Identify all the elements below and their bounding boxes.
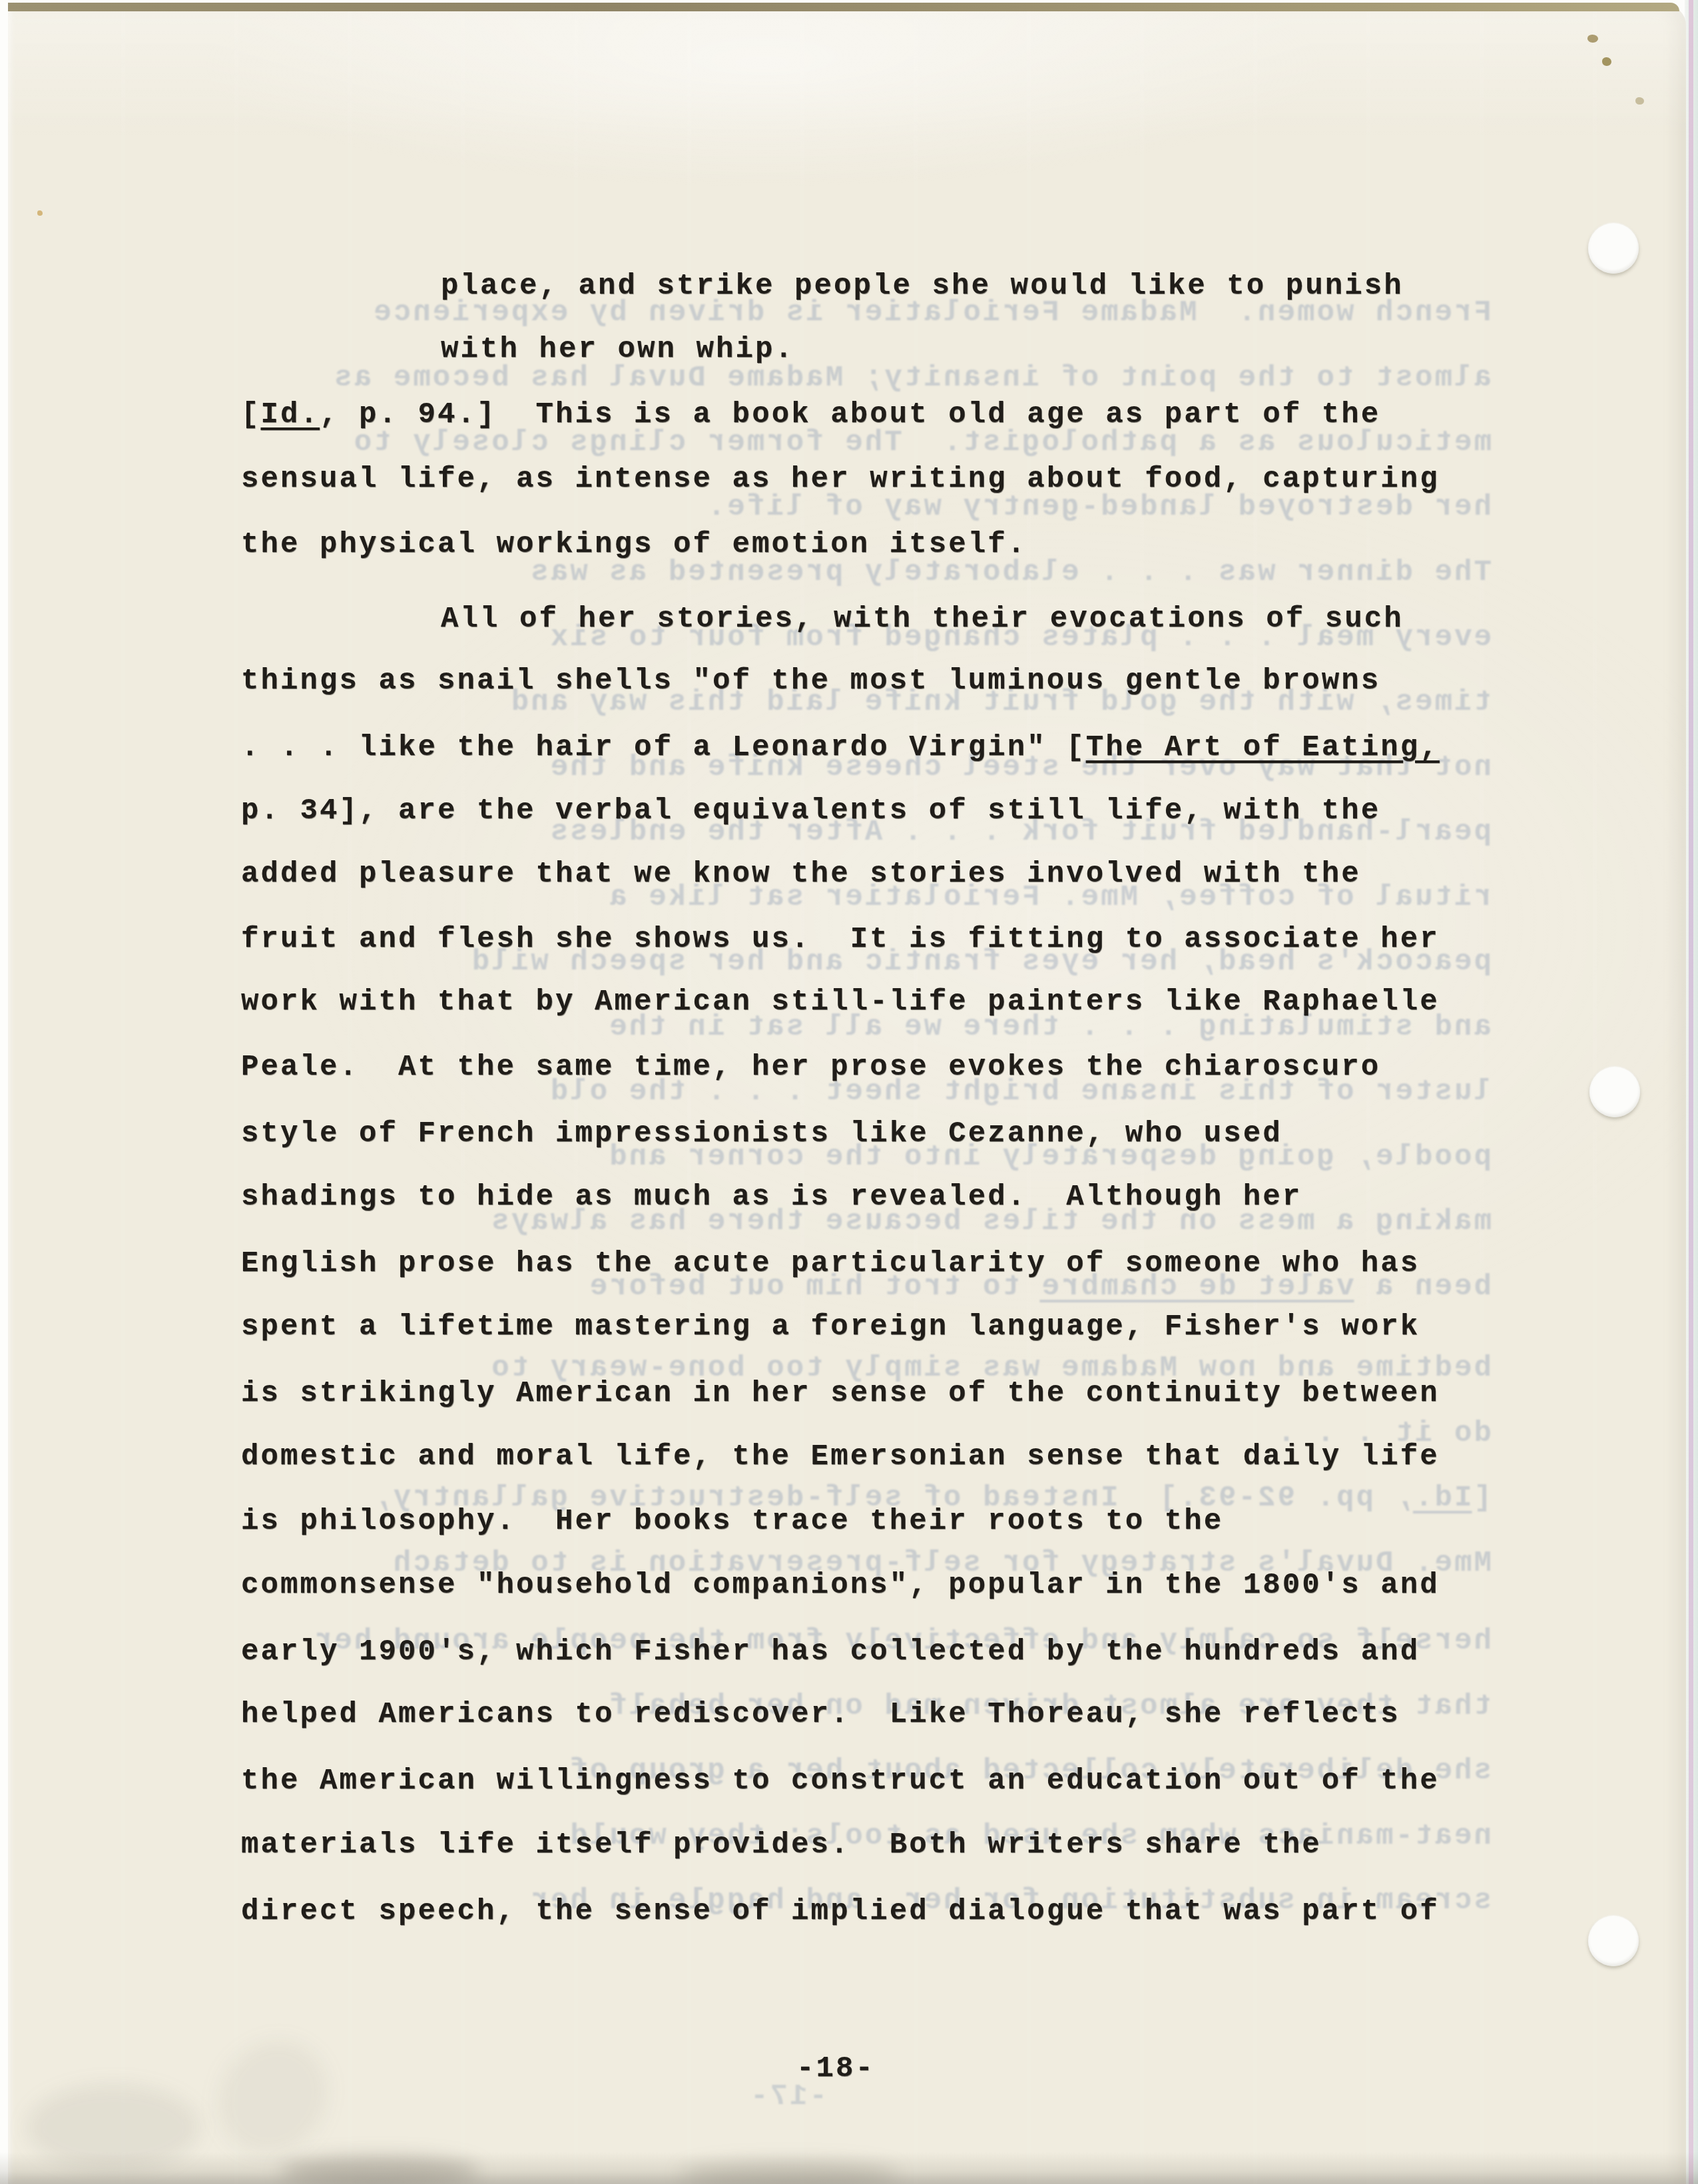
typed-text: spent a lifetime mastering a foreign lan… [241,1310,1420,1344]
typed-text: . . . like the hair of a Leonardo Virgin… [241,731,1086,764]
typed-line: p. 34], are the verbal equivalents of st… [241,794,1466,829]
typed-text: , p. 94.] This is a book about old age a… [320,398,1380,431]
typed-line: Peale. At the same time, her prose evoke… [241,1051,1466,1085]
typed-line: fruit and flesh she shows us. It is fitt… [241,923,1466,957]
typed-text: the American willingness to construct an… [241,1765,1440,1798]
typed-line: All of her stories, with their evocation… [241,603,1666,637]
typed-text: work with that by American still-life pa… [241,985,1440,1019]
typed-line: things as snail shells "of the most lumi… [241,665,1466,699]
typed-line: commonsense "household companions", popu… [241,1569,1466,1603]
typed-text: shadings to hide as much as is revealed.… [241,1181,1302,1214]
typed-text: place, and strike people she would like … [441,270,1404,303]
staple-mark-speck [1587,35,1598,43]
staple-mark-speck [1635,97,1644,105]
typed-text: sensual life, as intense as her writing … [241,463,1440,496]
typed-text: fruit and flesh she shows us. It is fitt… [241,923,1440,956]
typed-text: is strikingly American in her sense of t… [241,1377,1440,1410]
typed-text: All of her stories, with their evocation… [441,603,1404,636]
typed-text: commonsense "household companions", popu… [241,1569,1440,1602]
ink-speck [37,210,43,216]
typed-line: direct speech, the sense of implied dial… [241,1895,1466,1930]
typed-line: helped Americans to rediscover. Like Tho… [241,1698,1466,1733]
typed-line: early 1900's, which Fisher has collected… [241,1635,1466,1670]
typed-text: p. 34], are the verbal equivalents of st… [241,794,1380,828]
typed-text: English prose has the acute particularit… [241,1247,1420,1280]
typed-line: place, and strike people she would like … [241,270,1666,304]
typed-line: work with that by American still-life pa… [241,985,1466,1020]
typed-line: is philosophy. Her books trace their roo… [241,1505,1466,1539]
typed-text: added pleasure that we know the stories … [241,858,1361,891]
typed-text: [ [241,398,261,431]
typed-text: things as snail shells "of the most lumi… [241,665,1380,698]
staple-mark-speck [1602,57,1611,66]
page-number: -18- [796,2052,875,2085]
typed-line: sensual life, as intense as her writing … [241,463,1466,497]
typed-text: early 1900's, which Fisher has collected… [241,1635,1420,1669]
underlined-text: The Art of Eating, [1086,731,1440,764]
typed-text: helped Americans to rediscover. Like Tho… [241,1698,1400,1731]
punch-hole [1588,223,1639,274]
typed-line: is strikingly American in her sense of t… [241,1377,1466,1412]
typed-line: shadings to hide as much as is revealed.… [241,1181,1466,1215]
typed-line: English prose has the acute particularit… [241,1247,1466,1282]
typed-text: style of French impressionists like Ceza… [241,1117,1282,1151]
typed-line: domestic and moral life, the Emersonian … [241,1440,1466,1475]
typed-text: Peale. At the same time, her prose evoke… [241,1051,1380,1084]
typed-line: added pleasure that we know the stories … [241,858,1466,892]
typed-text: with her own whip. [441,333,794,366]
typed-text-layer: place, and strike people she would like … [241,0,1466,2184]
typed-line: materials life itself provides. Both wri… [241,1828,1466,1863]
typed-text: direct speech, the sense of implied dial… [241,1895,1440,1928]
page-bottom-shadow [0,2152,1698,2184]
typed-text: materials life itself provides. Both wri… [241,1828,1322,1862]
punch-hole [1588,1916,1639,1966]
typed-text: domestic and moral life, the Emersonian … [241,1440,1440,1474]
binder-pink-line [1689,0,1693,2184]
typed-line: [Id., p. 94.] This is a book about old a… [241,398,1466,433]
typed-line: the physical workings of emotion itself. [241,528,1466,563]
scanned-document-page: French women. Madame Feriolatier is driv… [0,0,1698,2184]
underlined-text: Id. [261,398,320,431]
typed-line: . . . like the hair of a Leonardo Virgin… [241,731,1466,766]
typed-line: spent a lifetime mastering a foreign lan… [241,1310,1466,1345]
typed-line: the American willingness to construct an… [241,1765,1466,1799]
typed-line: with her own whip. [241,333,1666,368]
typed-text: is philosophy. Her books trace their roo… [241,1505,1223,1538]
typed-line: style of French impressionists like Ceza… [241,1117,1466,1152]
punch-hole [1589,1067,1640,1117]
typed-text: the physical workings of emotion itself. [241,528,1027,561]
